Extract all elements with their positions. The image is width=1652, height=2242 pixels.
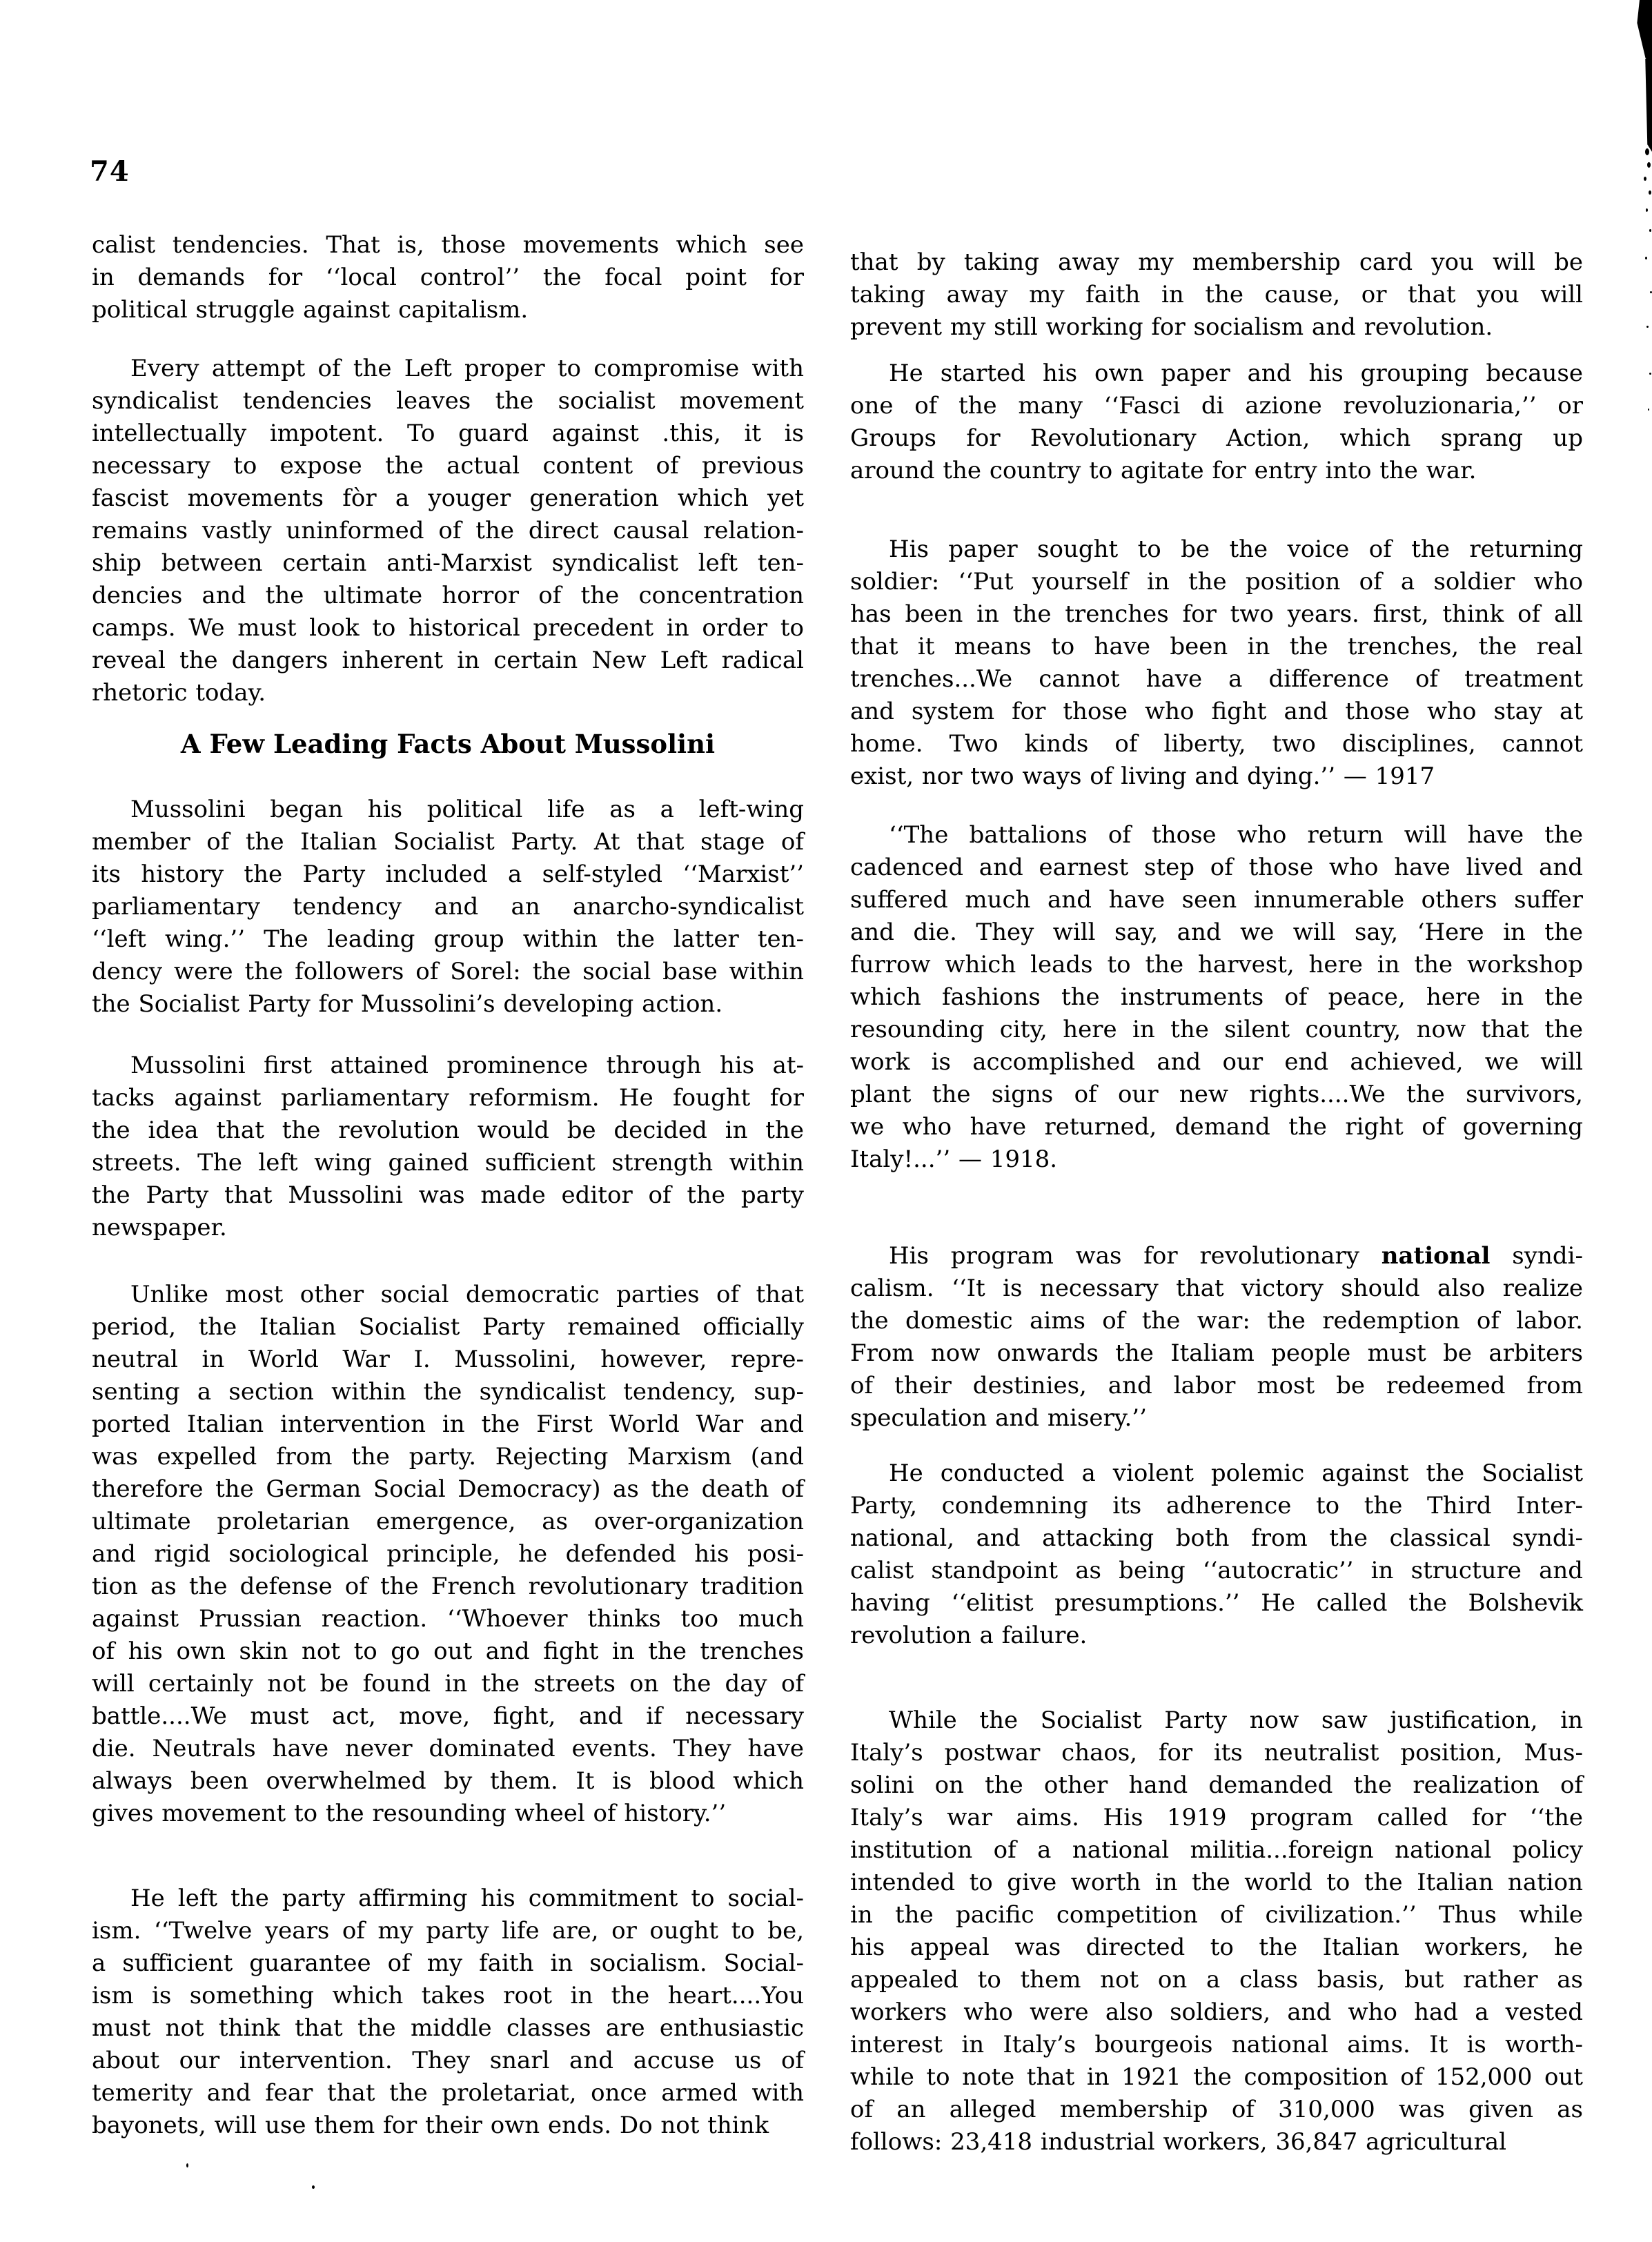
text-line: calism. ‘‘It is necessary that victory s… <box>850 1272 1583 1305</box>
paragraph: Mussolini first attained prominence thro… <box>92 1050 804 1244</box>
text-line: and system for those who fight and those… <box>850 696 1583 728</box>
text-line: temerity and fear that the proletariat, … <box>92 2077 804 2110</box>
text-line: in demands for ‘‘local control’’ the foc… <box>92 262 804 294</box>
text-line: Groups for Revolutionary Action, which s… <box>850 422 1583 455</box>
text-line: intended to give worth in the world to t… <box>850 1867 1583 1899</box>
text-line: Party, condemning its adherence to the T… <box>850 1490 1583 1522</box>
paragraph: Every attempt of the Left proper to comp… <box>92 353 804 709</box>
text-line: in the pacific competition of civilizati… <box>850 1899 1583 1931</box>
text-line: ism. ‘‘Twelve years of my party life are… <box>92 1915 804 1947</box>
text-line: resounding city, here in the silent coun… <box>850 1014 1583 1046</box>
text-line: senting a section within the syndicalist… <box>92 1376 804 1408</box>
paragraph: His program was for revolutionary nation… <box>850 1240 1583 1435</box>
text-line: his appeal was directed to the Italian w… <box>850 1931 1583 1964</box>
ink-blob <box>1642 59 1652 152</box>
text-line: die. Neutrals have never dominated event… <box>92 1733 804 1765</box>
text-line: appealed to them not on a class basis, b… <box>850 1964 1583 1996</box>
text-line: the idea that the revolution would be de… <box>92 1114 804 1147</box>
ink-speck <box>1649 190 1651 195</box>
paragraph: Mussolini began his political life as a … <box>92 794 804 1021</box>
ink-speck <box>1644 177 1646 181</box>
text-line: ‘‘left wing.’’ The leading group within … <box>92 923 804 956</box>
ink-speck <box>1645 148 1649 155</box>
text-line: ‘‘The battalions of those who return wil… <box>850 819 1583 852</box>
text-line: plant the signs of our new rights....We … <box>850 1079 1583 1111</box>
paragraph: ‘‘The battalions of those who return wil… <box>850 819 1583 1176</box>
text-line: revolution a failure. <box>850 1620 1583 1652</box>
ink-speck <box>1649 373 1651 375</box>
text-line: calist standpoint as being ‘‘autocratic’… <box>850 1555 1583 1587</box>
section-heading: A Few Leading Facts About Mussolini <box>92 728 804 760</box>
ink-speck <box>1648 409 1649 411</box>
paragraph: His paper sought to be the voice of the … <box>850 533 1583 793</box>
text-line: From now onwards the Italiam people must… <box>850 1337 1583 1370</box>
text-line: Unlike most other social democratic part… <box>92 1279 804 1311</box>
text-line: workers who were also soldiers, and who … <box>850 1996 1583 2029</box>
text-line: while to note that in 1921 the compositi… <box>850 2061 1583 2094</box>
text-line: ship between certain anti-Marxist syndic… <box>92 547 804 580</box>
text-line: will certainly not be found in the stree… <box>92 1668 804 1700</box>
text-line: ism is something which takes root in the… <box>92 1980 804 2012</box>
text-line: that by taking away my membership card y… <box>850 246 1583 279</box>
text-line: period, the Italian Socialist Party rema… <box>92 1311 804 1344</box>
text-line: dencies and the ultimate horror of the c… <box>92 580 804 612</box>
text-line: newspaper. <box>92 1212 804 1244</box>
text-line: therefore the German Social Democracy) a… <box>92 1473 804 1506</box>
text-line: and rigid sociological principle, he def… <box>92 1538 804 1571</box>
text-line: always been overwhelmed by them. It is b… <box>92 1765 804 1798</box>
text-line: rhetoric today. <box>92 677 804 709</box>
text-line: political struggle against capitalism. <box>92 294 804 326</box>
text-line: He left the party affirming his commitme… <box>92 1882 804 1915</box>
text-line: Every attempt of the Left proper to comp… <box>92 353 804 385</box>
text-line: soldier: ‘‘Put yourself in the position … <box>850 566 1583 598</box>
text-line: streets. The left wing gained sufficient… <box>92 1147 804 1179</box>
text-line: fascist movements fòr a youger generatio… <box>92 482 804 515</box>
paragraph: He started his own paper and his groupin… <box>850 357 1583 487</box>
text-line: remains vastly uninformed of the direct … <box>92 515 804 547</box>
text-line: furrow which leads to the harvest, here … <box>850 949 1583 981</box>
text-line: His program was for revolutionary nation… <box>850 1240 1583 1272</box>
paragraph: He left the party affirming his commitme… <box>92 1882 804 2142</box>
left-column: calist tendencies. That is, those moveme… <box>92 229 804 2142</box>
text-line: syndicalist tendencies leaves the social… <box>92 385 804 417</box>
text-line: follows: 23,418 industrial workers, 36,8… <box>850 2126 1583 2159</box>
text-line: reveal the dangers inherent in certain N… <box>92 645 804 677</box>
paragraph: Unlike most other social democratic part… <box>92 1279 804 1830</box>
text-line: ultimate proletarian emergence, as over-… <box>92 1506 804 1538</box>
text-line: having ‘‘elitist presumptions.’’ He call… <box>850 1587 1583 1620</box>
ink-speck <box>1649 229 1651 232</box>
text-line: was expelled from the party. Rejecting M… <box>92 1441 804 1473</box>
text-line: necessary to expose the actual content o… <box>92 450 804 482</box>
text-line: tacks against parliamentary reformism. H… <box>92 1082 804 1114</box>
text-line: the domestic aims of the war: the redemp… <box>850 1305 1583 1337</box>
text-line: Italy!...’’ — 1918. <box>850 1143 1583 1176</box>
text-line: neutral in World War I. Mussolini, howev… <box>92 1344 804 1376</box>
text-line: one of the many ‘‘Fasci di azione revolu… <box>850 390 1583 422</box>
text-line: Italy’s postwar chaos, for its neutralis… <box>850 1737 1583 1769</box>
text-line: around the country to agitate for entry … <box>850 455 1583 487</box>
paragraph: While the Socialist Party now saw justif… <box>850 1704 1583 2159</box>
text-line: Italy’s war aims. His 1919 program calle… <box>850 1802 1583 1834</box>
text-line: that it means to have been in the trench… <box>850 631 1583 663</box>
text-line: parliamentary tendency and an anarcho-sy… <box>92 891 804 923</box>
page-number: 74 <box>90 155 130 188</box>
text-line: of an alleged membership of 310,000 was … <box>850 2094 1583 2126</box>
text-line: interest in Italy’s bourgeois national a… <box>850 2029 1583 2061</box>
text-line: He started his own paper and his groupin… <box>850 357 1583 390</box>
ink-speck <box>1645 257 1647 259</box>
text-line: speculation and misery.’’ <box>850 1402 1583 1435</box>
text-line: solini on the other hand demanded the re… <box>850 1769 1583 1802</box>
text-line: the Party that Mussolini was made editor… <box>92 1179 804 1212</box>
text-line: prevent my still working for socialism a… <box>850 311 1583 344</box>
text-line: about our intervention. They snarl and a… <box>92 2045 804 2077</box>
text-line: His paper sought to be the voice of the … <box>850 533 1583 566</box>
paragraph: calist tendencies. That is, those moveme… <box>92 229 804 326</box>
text-line: has been in the trenches for two years. … <box>850 598 1583 631</box>
text-line: calist tendencies. That is, those moveme… <box>92 229 804 262</box>
paragraph: He conducted a violent polemic against t… <box>850 1457 1583 1652</box>
ink-speck <box>1647 162 1651 168</box>
ink-speck <box>1646 208 1648 212</box>
text-line: cadenced and earnest step of those who h… <box>850 852 1583 884</box>
paragraph: that by taking away my membership card y… <box>850 246 1583 344</box>
text-line: of his own skin not to go out and fight … <box>92 1635 804 1668</box>
ink-speck <box>1646 326 1649 328</box>
text-line: battle....We must act, move, fight, and … <box>92 1700 804 1733</box>
text-line: institution of a national militia...fore… <box>850 1834 1583 1867</box>
text-line: a sufficient guarantee of my faith in so… <box>92 1947 804 1980</box>
text-line: Mussolini began his political life as a … <box>92 794 804 826</box>
text-line: dency were the followers of Sorel: the s… <box>92 956 804 988</box>
text-line: suffered much and have seen innumerable … <box>850 884 1583 916</box>
text-line: trenches...We cannot have a difference o… <box>850 663 1583 696</box>
text-line: tion as the defense of the French revolu… <box>92 1571 804 1603</box>
right-column: that by taking away my membership card y… <box>850 246 1583 2159</box>
text-line: we who have returned, demand the right o… <box>850 1111 1583 1143</box>
ink-speck <box>312 2185 315 2189</box>
text-line: its history the Party included a self-st… <box>92 858 804 891</box>
text-line: against Prussian reaction. ‘‘Whoever thi… <box>92 1603 804 1635</box>
text-line: ported Italian intervention in the First… <box>92 1408 804 1441</box>
ink-speck <box>186 2163 188 2167</box>
text-line: work is accomplished and our end achieve… <box>850 1046 1583 1079</box>
text-line: While the Socialist Party now saw justif… <box>850 1704 1583 1737</box>
text-line: national, and attacking both from the cl… <box>850 1522 1583 1555</box>
text-line: must not think that the middle classes a… <box>92 2012 804 2045</box>
text-line: intellectually impotent. To guard agains… <box>92 417 804 450</box>
text-line: and die. They will say, and we will say,… <box>850 916 1583 949</box>
ink-blob <box>1635 0 1652 66</box>
text-line: Mussolini first attained prominence thro… <box>92 1050 804 1082</box>
text-line: member of the Italian Socialist Party. A… <box>92 826 804 858</box>
text-line: of their destinies, and labor most be re… <box>850 1370 1583 1402</box>
text-line: taking away my faith in the cause, or th… <box>850 279 1583 311</box>
text-line: home. Two kinds of liberty, two discipli… <box>850 728 1583 760</box>
scanned-document-page: { "page": { "number": "74" }, "heading":… <box>0 0 1652 2242</box>
text-line: which fashions the instruments of peace,… <box>850 981 1583 1014</box>
text-line: bayonets, will use them for their own en… <box>92 2110 804 2142</box>
text-line: the Socialist Party for Mussolini’s deve… <box>92 988 804 1021</box>
text-line: gives movement to the resounding wheel o… <box>92 1798 804 1830</box>
text-line: camps. We must look to historical preced… <box>92 612 804 645</box>
text-line: exist, nor two ways of living and dying.… <box>850 760 1583 793</box>
text-line: He conducted a violent polemic against t… <box>850 1457 1583 1490</box>
